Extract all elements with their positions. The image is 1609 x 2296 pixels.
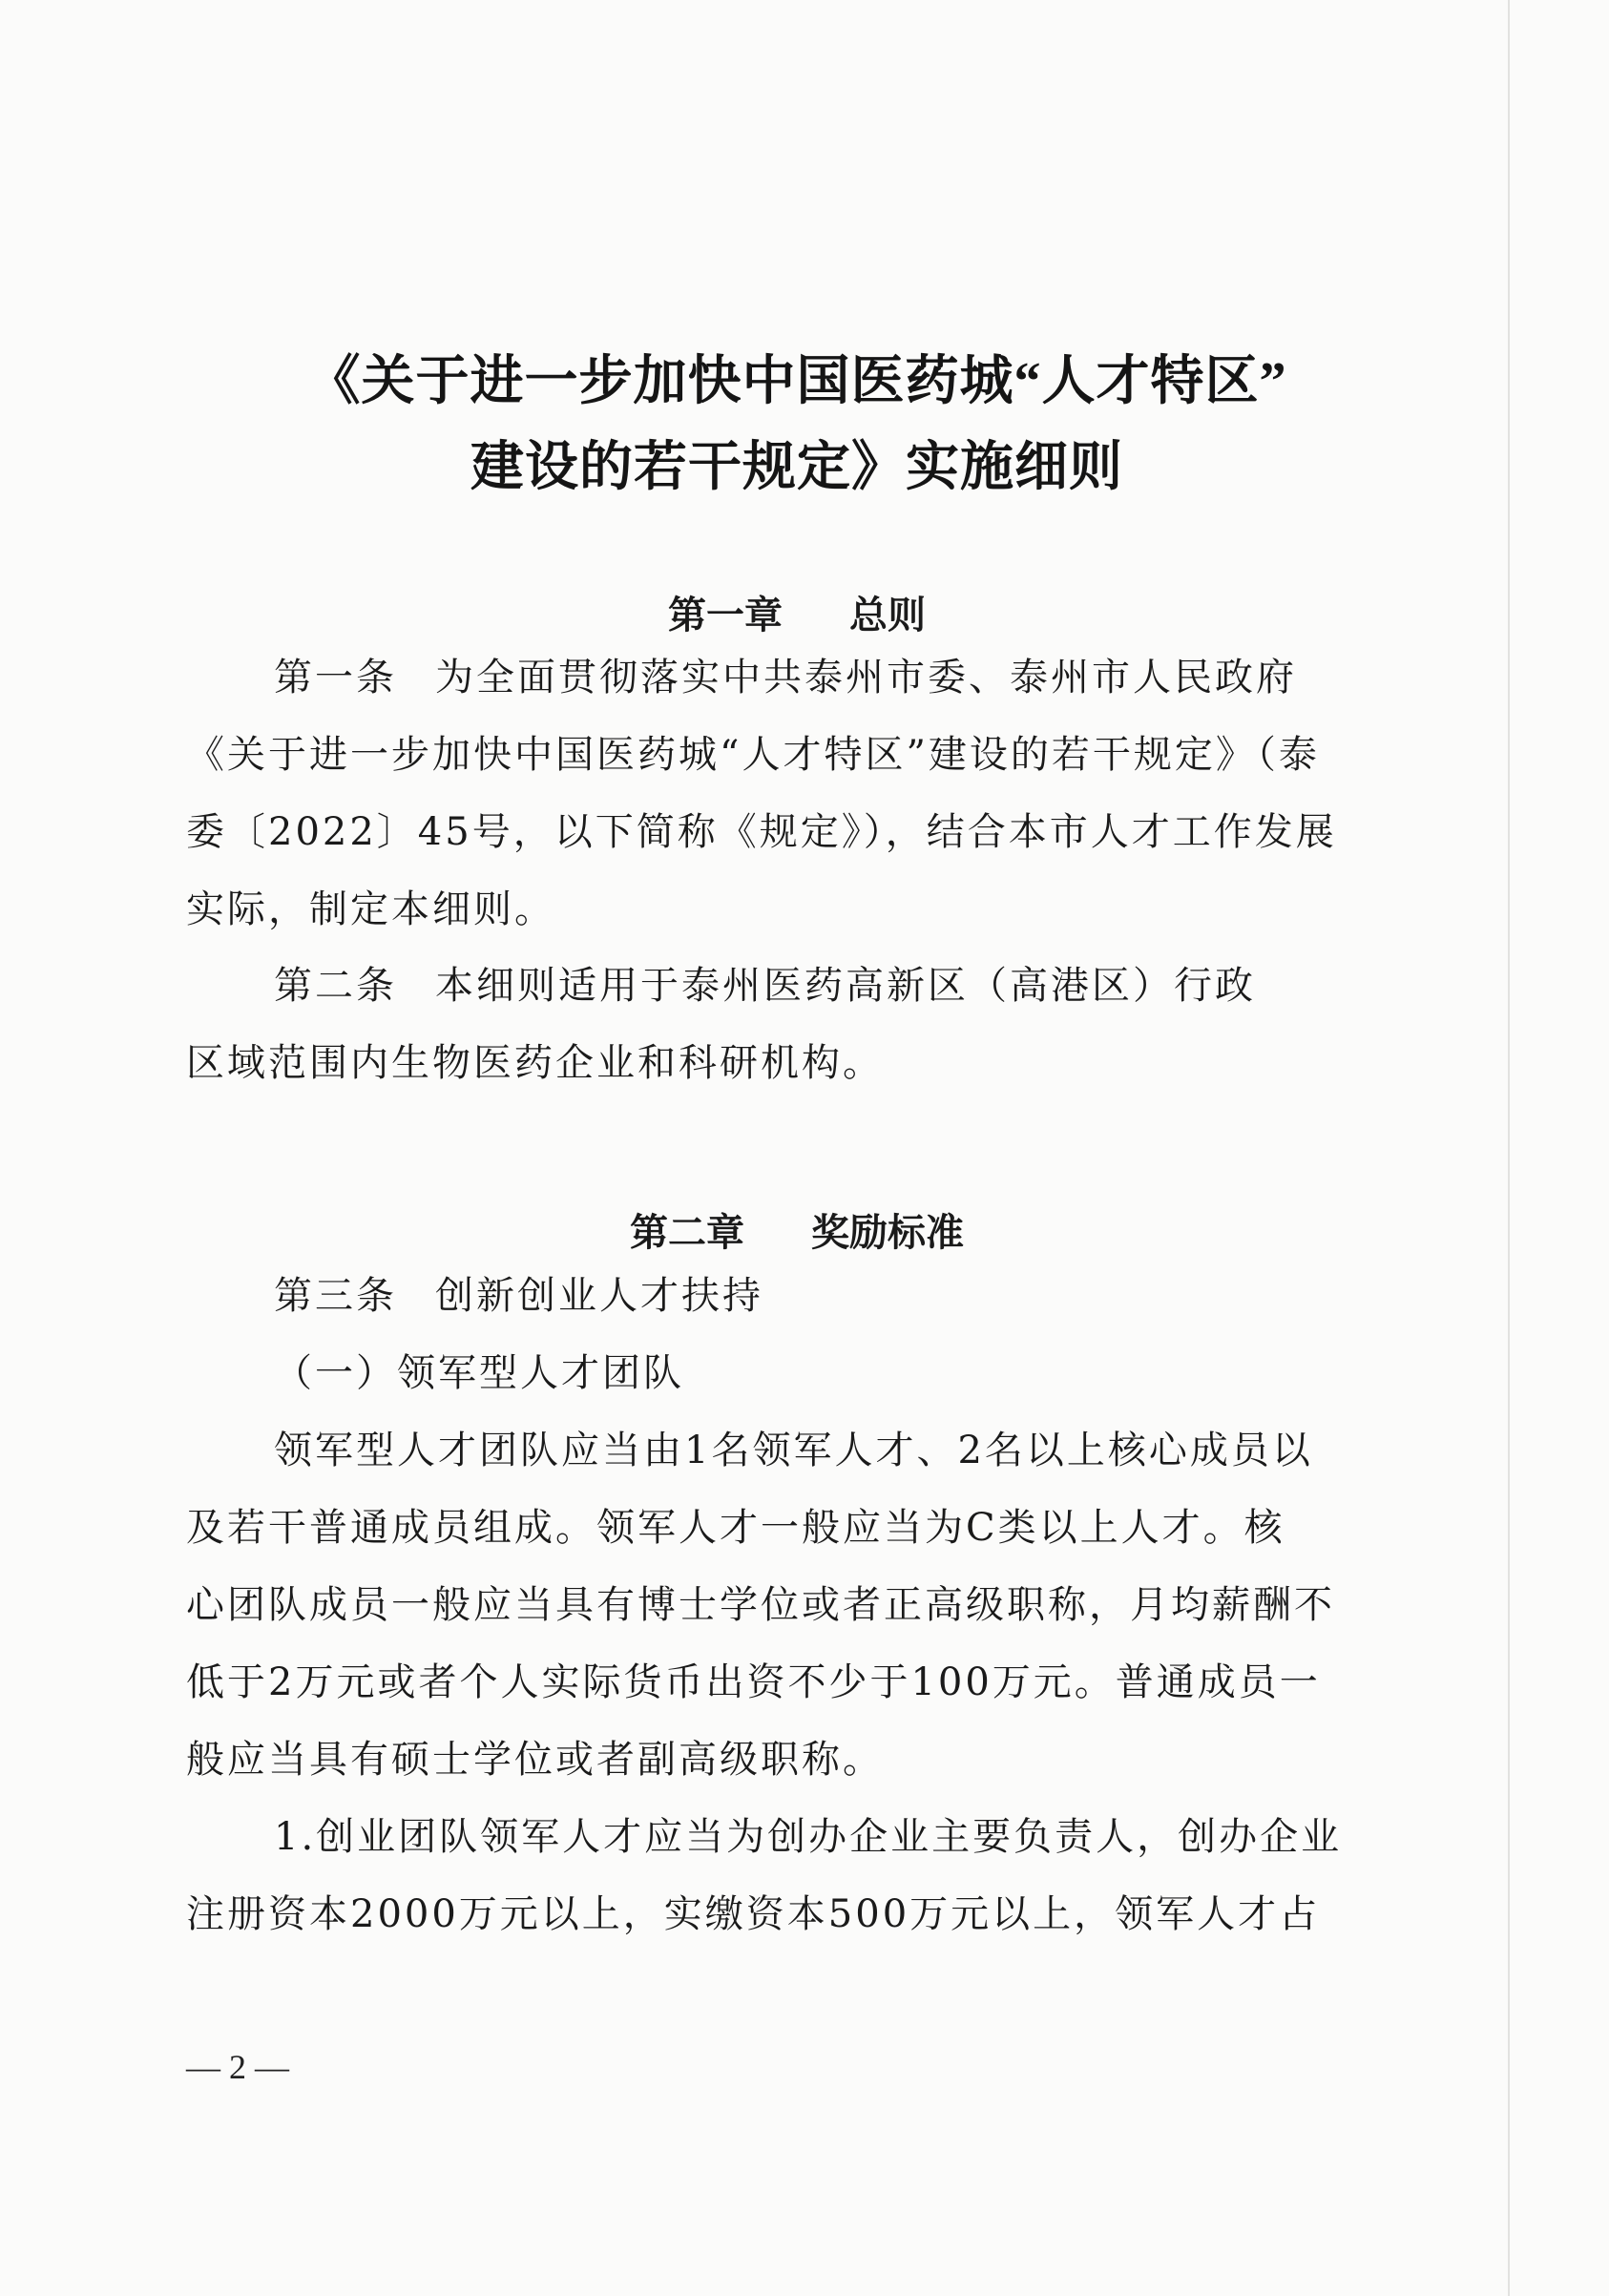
article-1-line-1: 第一条为全面贯彻落实中共泰州市委、泰州市人民政府	[186, 639, 1408, 717]
chapter-1-heading: 第一章总则	[186, 587, 1408, 644]
title-line-1: 《关于进一步加快中国医药城“人才特区”	[186, 339, 1408, 425]
article-1-line-3: 委〔2022〕45号，以下简称《规定》），结合本市人才工作发展	[186, 794, 1408, 871]
article-2-label: 第二条	[274, 964, 397, 1008]
page-number: — 2 —	[186, 2047, 289, 2087]
title-line-2: 建设的若干规定》实施细则	[186, 425, 1408, 511]
paragraph-1-line-3: 心团队成员一般应当具有博士学位或者正高级职称，月均薪酬不	[186, 1567, 1408, 1644]
article-1: 第一条为全面贯彻落实中共泰州市委、泰州市人民政府 《关于进一步加快中国医药城“人…	[186, 639, 1408, 949]
article-3: 第三条创新创业人才扶持 （一）领军型人才团队 领军型人才团队应当由1名领军人才、…	[186, 1258, 1408, 1953]
article-3-heading: 第三条创新创业人才扶持	[186, 1258, 1408, 1335]
article-1-line-4: 实际，制定本细则。	[186, 871, 1408, 949]
scan-fold-line	[1508, 0, 1510, 2296]
paragraph-1-line-5: 般应当具有硕士学位或者副高级职称。	[186, 1722, 1408, 1799]
chapter-1-name: 总则	[849, 594, 926, 637]
article-3-label: 第三条	[274, 1274, 397, 1318]
article-1-label: 第一条	[274, 656, 397, 699]
article-1-line-2: 《关于进一步加快中国医药城“人才特区”建设的若干规定》（泰	[186, 717, 1408, 794]
chapter-2-heading: 第二章奖励标准	[186, 1204, 1408, 1262]
paragraph-2-line-2: 注册资本2000万元以上，实缴资本500万元以上，领军人才占	[186, 1876, 1408, 1953]
paragraph-2-line-1: 1.创业团队领军人才应当为创办企业主要负责人，创办企业	[186, 1799, 1408, 1876]
article-2-line-1: 第二条本细则适用于泰州医药高新区（高港区）行政	[186, 948, 1408, 1025]
paragraph-1-line-4: 低于2万元或者个人实际货币出资不少于100万元。普通成员一	[186, 1644, 1408, 1722]
chapter-2-number: 第二章	[630, 1211, 744, 1255]
paragraph-1-line-2: 及若干普通成员组成。领军人才一般应当为C类以上人才。核	[186, 1490, 1408, 1567]
article-2: 第二条本细则适用于泰州医药高新区（高港区）行政 区域范围内生物医药企业和科研机构…	[186, 948, 1408, 1102]
chapter-2-name: 奖励标准	[811, 1211, 964, 1255]
document-title: 《关于进一步加快中国医药城“人才特区” 建设的若干规定》实施细则	[186, 339, 1408, 511]
article-3-subsection: （一）领军型人才团队	[186, 1335, 1408, 1412]
article-2-line-2: 区域范围内生物医药企业和科研机构。	[186, 1025, 1408, 1102]
paragraph-1-line-1: 领军型人才团队应当由1名领军人才、2名以上核心成员以	[186, 1412, 1408, 1490]
chapter-1-number: 第一章	[668, 594, 783, 637]
